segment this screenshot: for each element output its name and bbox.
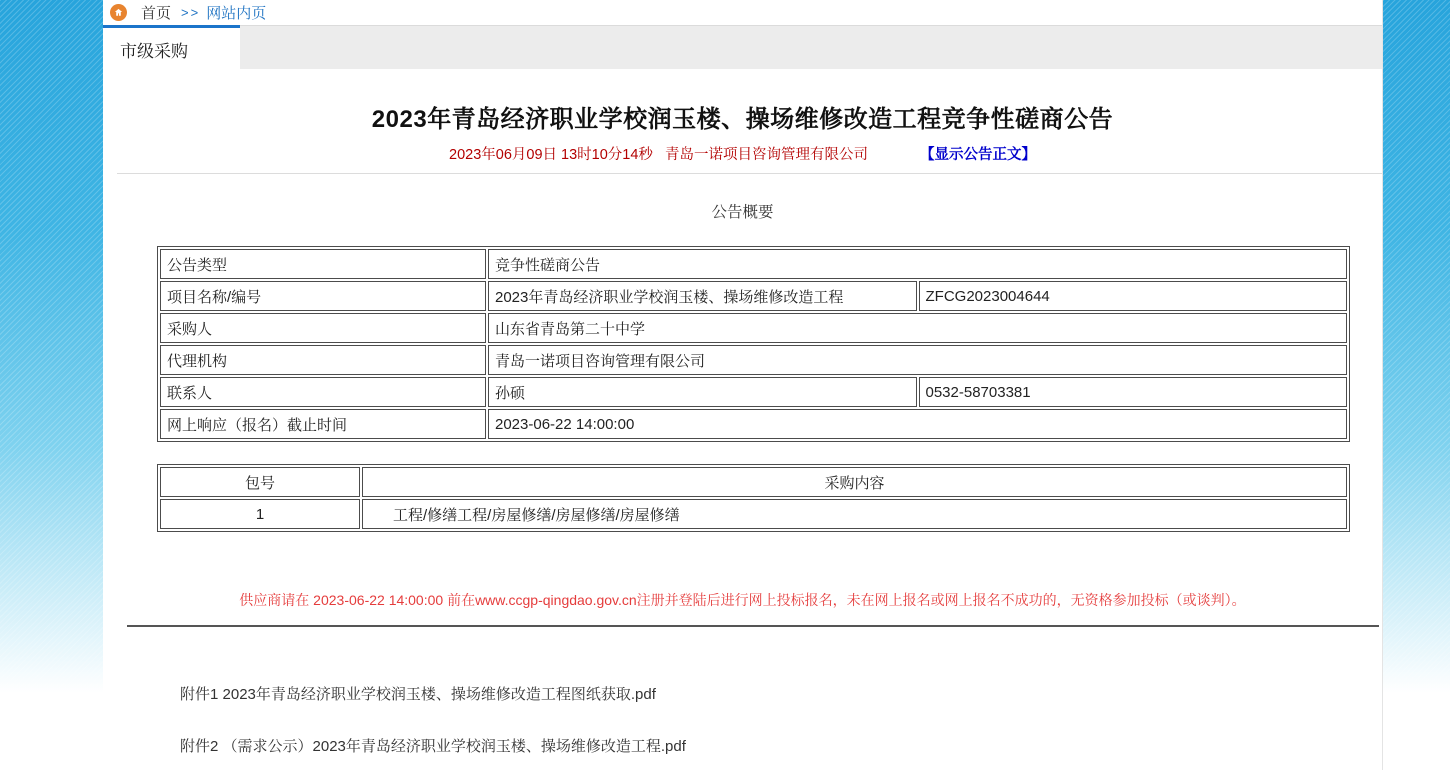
table-row: 1 工程/修缮工程/房屋修缮/房屋修缮/房屋修缮 <box>160 499 1347 529</box>
page: 首页 >> 网站内页 市级采购 2023年青岛经济职业学校润玉楼、操场维修改造工… <box>0 0 1450 770</box>
attachments-list: 附件1 2023年青岛经济职业学校润玉楼、操场维修改造工程图纸获取.pdf 附件… <box>180 683 1382 756</box>
row-label: 网上响应（报名）截止时间 <box>160 409 486 439</box>
row-label: 采购人 <box>160 313 486 343</box>
table-row: 联系人 孙硕 0532-58703381 <box>160 377 1347 407</box>
publish-agency: 青岛一诺项目咨询管理有限公司 <box>665 147 868 163</box>
content-column: 首页 >> 网站内页 市级采购 2023年青岛经济职业学校润玉楼、操场维修改造工… <box>103 0 1383 770</box>
row-value: 青岛一诺项目咨询管理有限公司 <box>488 345 1347 375</box>
package-number-cell: 1 <box>160 499 360 529</box>
table-row: 公告类型 竞争性磋商公告 <box>160 249 1347 279</box>
row-value: 2023-06-22 14:00:00 <box>488 409 1347 439</box>
row-extra: 0532-58703381 <box>919 377 1348 407</box>
row-value: 孙硕 <box>488 377 917 407</box>
package-number-header: 包号 <box>160 467 360 497</box>
publish-datetime: 2023年06月09日 13时10分14秒 <box>449 147 653 163</box>
page-title: 2023年青岛经济职业学校润玉楼、操场维修改造工程竞争性磋商公告 <box>103 99 1382 134</box>
summary-heading: 公告概要 <box>103 200 1382 222</box>
breadcrumb-home-link[interactable]: 首页 <box>141 2 171 23</box>
attachment-link-1[interactable]: 附件1 2023年青岛经济职业学校润玉楼、操场维修改造工程图纸获取.pdf <box>180 683 1382 704</box>
show-full-text-link[interactable]: 【显示公告正文】 <box>920 147 1036 163</box>
row-label: 代理机构 <box>160 345 486 375</box>
tab-strip: 市级采购 <box>103 25 1382 69</box>
table-row: 采购人 山东省青岛第二十中学 <box>160 313 1347 343</box>
row-value: 2023年青岛经济职业学校润玉楼、操场维修改造工程 <box>488 281 917 311</box>
right-background-strip <box>1383 0 1450 770</box>
meta-line: 2023年06月09日 13时10分14秒 青岛一诺项目咨询管理有限公司 【显示… <box>103 143 1382 164</box>
home-icon[interactable] <box>110 4 127 21</box>
table-row: 项目名称/编号 2023年青岛经济职业学校润玉楼、操场维修改造工程 ZFCG20… <box>160 281 1347 311</box>
row-extra: ZFCG2023004644 <box>919 281 1348 311</box>
left-background-strip <box>0 0 103 770</box>
row-label: 公告类型 <box>160 249 486 279</box>
footer-divider <box>127 625 1379 627</box>
row-value: 山东省青岛第二十中学 <box>488 313 1347 343</box>
attachment-link-2[interactable]: 附件2 （需求公示）2023年青岛经济职业学校润玉楼、操场维修改造工程.pdf <box>180 735 1382 756</box>
breadcrumb-current-link[interactable]: 网站内页 <box>206 2 266 23</box>
registration-notice: 供应商请在 2023-06-22 14:00:00 前在www.ccgp-qin… <box>103 590 1382 610</box>
row-label: 项目名称/编号 <box>160 281 486 311</box>
tab-municipal-procurement[interactable]: 市级采购 <box>103 25 240 70</box>
breadcrumb: 首页 >> 网站内页 <box>103 0 1382 25</box>
procurement-content-cell: 工程/修缮工程/房屋修缮/房屋修缮/房屋修缮 <box>362 499 1347 529</box>
row-label: 联系人 <box>160 377 486 407</box>
packages-table: 包号 采购内容 1 工程/修缮工程/房屋修缮/房屋修缮/房屋修缮 <box>157 464 1350 532</box>
table-row: 网上响应（报名）截止时间 2023-06-22 14:00:00 <box>160 409 1347 439</box>
table-header-row: 包号 采购内容 <box>160 467 1347 497</box>
table-row: 代理机构 青岛一诺项目咨询管理有限公司 <box>160 345 1347 375</box>
procurement-content-header: 采购内容 <box>362 467 1347 497</box>
summary-table: 公告类型 竞争性磋商公告 项目名称/编号 2023年青岛经济职业学校润玉楼、操场… <box>157 246 1350 442</box>
row-value: 竞争性磋商公告 <box>488 249 1347 279</box>
header-divider <box>117 173 1382 174</box>
breadcrumb-separator: >> <box>181 5 200 20</box>
